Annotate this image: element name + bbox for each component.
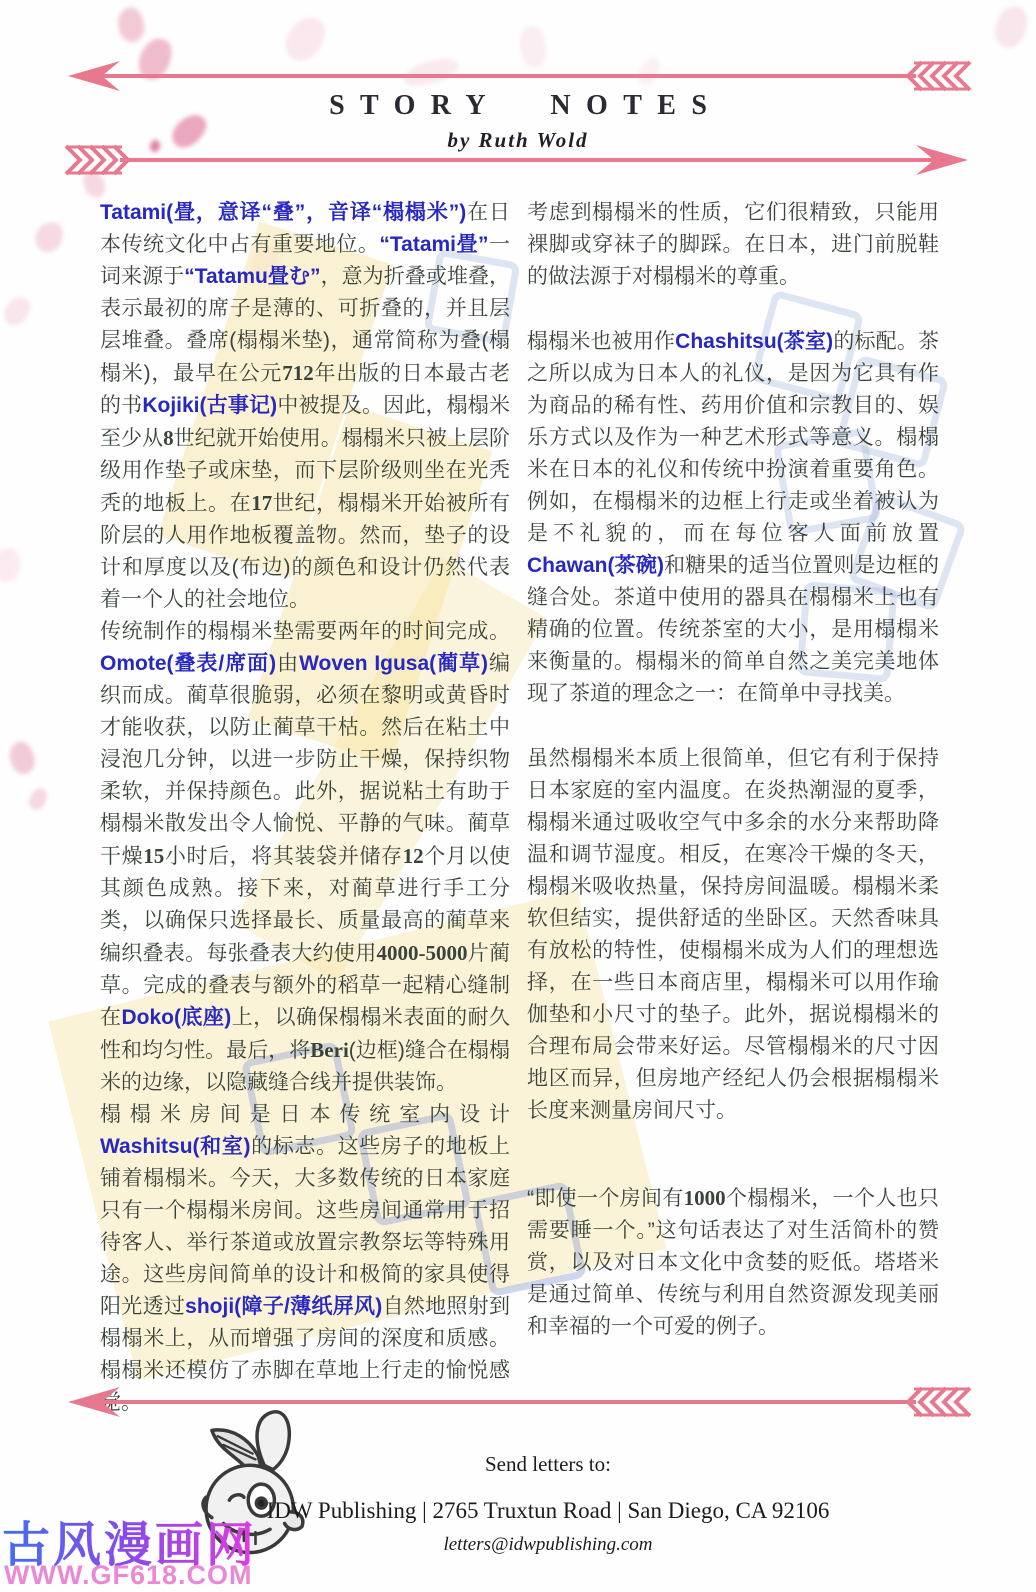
text-run: 编织而成。蔺草很脆弱，必须在黎明或黄昏时才能收获，以防止蔺草干枯。然后在粘土中浸… <box>100 652 510 868</box>
arrow-divider-top <box>62 58 974 94</box>
text-run: 榻榻米房间是日本传统室内设计 <box>100 1103 510 1126</box>
glossary-term: “Tatamu畳む” <box>184 265 320 288</box>
text-run: 的标志。这些房子的地板上铺着榻榻米。今天，大多数传统的日本家庭只有一个榻榻米房间… <box>100 1135 510 1318</box>
text-run: 1000 <box>684 1186 726 1210</box>
glossary-term: Omote(叠表/席面) <box>100 652 276 675</box>
paragraph: “即使一个房间有1000个榻榻米，一个人也只需要睡一个。”这句话表达了对生活简朴… <box>527 1182 939 1343</box>
glossary-term: shoji(障子/薄纸屏风) <box>185 1295 382 1318</box>
paragraph: Tatami(畳，意译“叠”，音译“榻榻米”)在日本传统文化中占有重要地位。“T… <box>100 197 510 616</box>
text-run: 传统制作的榻榻米垫需要两年的时间完成。 <box>100 620 510 643</box>
petal-decoration <box>27 786 48 811</box>
glossary-term: Chashitsu(茶室) <box>675 330 833 353</box>
text-run: 小时后，将其装袋并储存 <box>164 845 402 868</box>
right-column: 考虑到榻榻米的性质，它们很精致，只能用裸脚或穿袜子的脚踩。在日本，进门前脱鞋的做… <box>527 197 939 1343</box>
glossary-term: Kojiki(古事记) <box>142 394 277 417</box>
text-run: 榻榻米也被用作 <box>527 330 675 353</box>
petal-decoration <box>0 548 20 582</box>
paragraph: 榻榻米房间是日本传统室内设计Washitsu(和室)的标志。这些房子的地板上铺着… <box>100 1099 510 1419</box>
story-notes-page: STORY NOTES by Ruth Wold Tatami(畳，意译“叠”，… <box>0 0 1036 1592</box>
text-run: 712 <box>282 361 314 385</box>
paragraph: 榻榻米也被用作Chashitsu(茶室)的标配。茶之所以成为日本人的礼仪，是因为… <box>527 326 939 710</box>
text-run: 17 <box>251 491 272 515</box>
text-run: 的标配。茶之所以成为日本人的礼仪，是因为它具有作为商品的稀有性、药用价值和宗教目… <box>527 330 939 545</box>
petal-decoration <box>113 5 149 46</box>
petal-decoration <box>4 738 39 777</box>
send-letters-label: Send letters to: <box>60 1452 1036 1477</box>
text-run: “即使一个房间有 <box>527 1187 684 1210</box>
glossary-term: Chawan(茶碗) <box>527 554 664 577</box>
text-run: 15 <box>143 844 164 868</box>
paragraph: 虽然榻榻米本质上很简单，但它有利于保持日本家庭的室内温度。在炎热潮湿的夏季，榻榻… <box>527 743 939 1127</box>
glossary-term: Washitsu(和室) <box>100 1135 250 1158</box>
text-run: 考虑到榻榻米的性质，它们很精致，只能用裸脚或穿袜子的脚踩。在日本，进门前脱鞋的做… <box>527 201 939 288</box>
text-run: 4000-5000 <box>376 941 467 965</box>
site-watermark-url: WWW.GF618.COM <box>4 1560 253 1591</box>
petal-decoration <box>993 4 1030 51</box>
petal-decoration <box>34 220 65 254</box>
paragraph: 传统制作的榻榻米垫需要两年的时间完成。Omote(叠表/席面)由Woven Ig… <box>100 616 510 1099</box>
glossary-term: Woven Igusa(蔺草) <box>299 652 488 675</box>
glossary-term: Tatami(畳，意译“叠”，音译“榻榻米”) <box>100 201 466 224</box>
glossary-term: Doko(底座) <box>121 1006 231 1029</box>
text-run: 12 <box>403 844 424 868</box>
paragraph: 考虑到榻榻米的性质，它们很精致，只能用裸脚或穿袜子的脚踩。在日本，进门前脱鞋的做… <box>527 197 939 293</box>
text-run: 虽然榻榻米本质上很简单，但它有利于保持日本家庭的室内温度。在炎热潮湿的夏季，榻榻… <box>527 747 939 1122</box>
arrow-divider-header <box>62 142 974 178</box>
petal-decoration <box>0 293 34 330</box>
page-title: STORY NOTES <box>0 90 1036 122</box>
left-column: Tatami(畳，意译“叠”，音译“榻榻米”)在日本传统文化中占有重要地位。“T… <box>100 197 510 1419</box>
text-run: 8 <box>163 426 174 450</box>
text-run: Beri <box>310 1038 348 1062</box>
text-run: 由 <box>276 652 299 675</box>
glossary-term: “Tatami畳” <box>379 233 488 256</box>
